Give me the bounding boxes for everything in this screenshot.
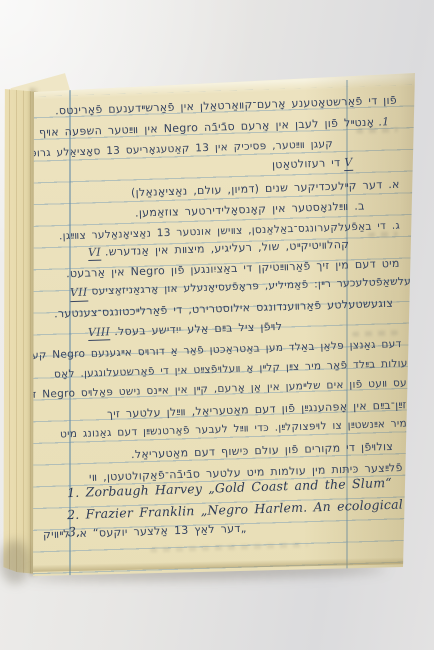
handwriting-line-5: א. דער קײלעכדיקער שנים (דמיון, עולם, נאַ… xyxy=(131,177,400,200)
photo-scene: פֿון די פֿאַרשטאָטענע אָרעם־קװאַרטאַלן א… xyxy=(0,0,434,650)
roman-numeral: VI xyxy=(88,246,101,261)
section-heading-v: Vדי רעזולטאַטן xyxy=(272,155,357,173)
handwriting-line-6: ב. װײַלנאָסטער אין קאָנסאָלידירטער צוזאַ… xyxy=(135,198,365,220)
section-heading-viii: VIIIלױפֿן ציל בײַם אַלע ייִדישע בעסל. xyxy=(84,319,283,340)
line-text: פֿון די פֿאַרשטאָטענע אָרעם־קװאַרטאַלן א… xyxy=(55,94,397,118)
line-text: צולױפֿן די מקורים פֿון עולם כּישוף דעם מ… xyxy=(131,440,393,461)
line-text: לױפֿן ציל בײַם אַלע ייִדישע בעסל. xyxy=(114,320,282,338)
handwriting-line-2: 1.אָנטײל פֿון לעבן אין אָרעם סבֿיבֿה Neg… xyxy=(11,114,393,141)
handwriting-layer: פֿון די פֿאַרשטאָטענע אָרעם־קװאַרטאַלן א… xyxy=(0,0,434,650)
roman-numeral: VIII xyxy=(88,325,111,341)
line-text: ב. װײַלנאָסטער אין קאָנסאָלידירטער צוזאַ… xyxy=(135,199,365,219)
roman-numeral: 1. xyxy=(378,115,390,128)
line-text: אָנטײל פֿון לעבן אין אָרעם סבֿיבֿה Negro… xyxy=(11,116,374,140)
line-text: א. דער קײלעכדיקער שנים (דמיון, עולם, נאַ… xyxy=(131,178,400,199)
notebook-page: פֿון די פֿאַרשטאָטענע אָרעם־קװאַרטאַלן א… xyxy=(0,0,434,650)
roman-numeral: VII xyxy=(70,285,88,303)
roman-numeral: V xyxy=(345,156,354,171)
handwriting-line-18: צולױפֿן די מקורים פֿון עולם כּישוף דעם מ… xyxy=(131,439,394,462)
line-text: די רעזולטאַטן xyxy=(272,156,341,171)
page-shadow-left xyxy=(0,540,30,584)
